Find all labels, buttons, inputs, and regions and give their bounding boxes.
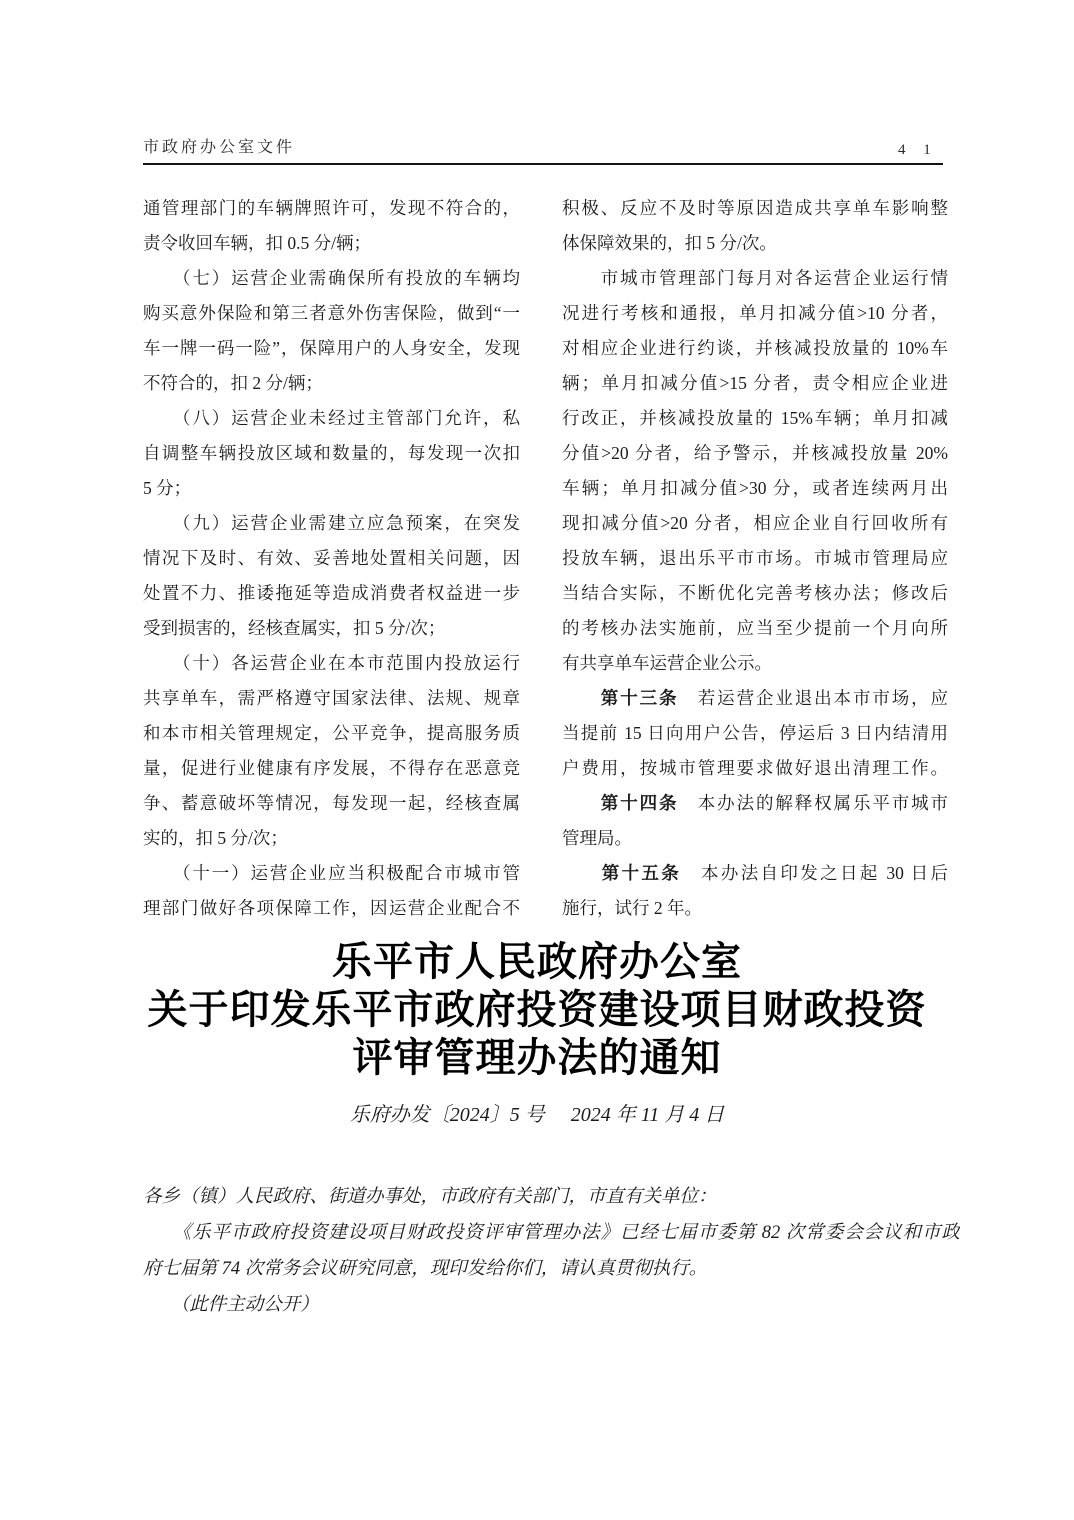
line-text: 况进行考核和通报，单月扣减分值>10 分者， <box>562 303 948 323</box>
line-text: 投放车辆，退出乐平市市场。市城市管理局应 <box>562 548 948 568</box>
line-text: 各乡（镇）人民政府、街道办事处，市政府有关部门，市直有关单位： <box>143 1187 717 1207</box>
text-line: 市城市管理部门每月对各运营企业运行情 <box>562 261 948 296</box>
line-text: （此件主动公开） <box>143 1295 319 1315</box>
text-line: 车一牌一码一险”，保障用户的人身安全，发现 <box>143 331 520 366</box>
text-line: 当结合实际，不断优化完善考核办法；修改后 <box>562 576 948 611</box>
line-text: 对相应企业进行约谈，并核减投放量的 10%车 <box>562 338 948 358</box>
notice-date: 2024 年 11 月 4 日 <box>571 1104 725 1126</box>
header-rule <box>143 163 943 165</box>
line-text: 情况下及时、有效、妥善地处置相关问题，因 <box>143 548 520 568</box>
notice-meta-line: 乐府办发〔2024〕5 号2024 年 11 月 4 日 <box>134 1100 940 1130</box>
header-doc-label: 市政府办公室文件 <box>143 134 295 157</box>
line-text: 辆；单月扣减分值>15 分者，责令相应企业进 <box>562 373 948 393</box>
line-text: 通管理部门的车辆牌照许可，发现不符合的， <box>143 198 520 218</box>
page-number: 4 1 <box>898 142 938 159</box>
text-line: 处置不力、推诿拖延等造成消费者权益进一步 <box>143 576 520 611</box>
line-text: 车一牌一码一险”，保障用户的人身安全，发现 <box>143 338 520 358</box>
text-line: 不符合的，扣 2 分/辆； <box>143 366 520 401</box>
line-text: 有共享单车运营企业公示。 <box>562 653 772 673</box>
line-text: 理部门做好各项保障工作，因运营企业配合不 <box>143 898 520 918</box>
text-line: 第十四条 本办法的解释权属乐平市城市 <box>562 786 948 821</box>
line-text: （九）运营企业需建立应急预案，在突发 <box>143 513 520 533</box>
line-text: 分值>20 分者，给予警示，并核减投放量 20% <box>562 443 948 463</box>
line-text: 《乐平市政府投资建设项目财政投资评审管理办法》已经七届市委第 82 次常委会会议… <box>143 1223 960 1243</box>
document-page: 市政府办公室文件 4 1 通管理部门的车辆牌照许可，发现不符合的，责令收回车辆，… <box>0 0 1074 1520</box>
text-line: （十）各运营企业在本市范围内投放运行 <box>143 646 520 681</box>
text-line: 的考核办法实施前，应当至少提前一个月向所 <box>562 611 948 646</box>
notice-title-line-3: 评审管理办法的通知 <box>134 1034 940 1082</box>
notice-title: 乐平市人民政府办公室 关于印发乐平市政府投资建设项目财政投资 评审管理办法的通知 <box>134 938 940 1082</box>
notice-title-line-2: 关于印发乐平市政府投资建设项目财政投资 <box>134 986 940 1034</box>
line-text: 当结合实际，不断优化完善考核办法；修改后 <box>562 583 948 603</box>
text-line: 对相应企业进行约谈，并核减投放量的 10%车 <box>562 331 948 366</box>
text-line: 当提前 15 日向用户公告，停运后 3 日内结清用 <box>562 716 948 751</box>
body-right-column: 积极、反应不及时等原因造成共享单车影响整体保障效果的，扣 5 分/次。 市城市管… <box>562 191 948 926</box>
article-number: 第十四条 <box>601 793 679 813</box>
line-text: 体保障效果的，扣 5 分/次。 <box>562 233 777 253</box>
text-line: 户费用，按城市管理要求做好退出清理工作。 <box>562 751 948 786</box>
text-line: 共享单车，需严格遵守国家法律、法规、规章 <box>143 681 520 716</box>
body-left-column: 通管理部门的车辆牌照许可，发现不符合的，责令收回车辆，扣 0.5 分/辆； （七… <box>143 191 520 926</box>
text-line: 第十五条 本办法自印发之日起 30 日后 <box>562 856 948 891</box>
text-line: 现扣减分值>20 分者，相应企业自行回收所有 <box>562 506 948 541</box>
line-text: 不符合的，扣 2 分/辆； <box>143 373 323 393</box>
text-line: 车辆；单月扣减分值>30 分，或者连续两月出 <box>562 471 948 506</box>
line-text: 争、蓄意破坏等情况，每发现一起，经核查属 <box>143 793 520 813</box>
line-text: 府七届第 74 次常务会议研究同意，现印发给你们，请认真贯彻执行。 <box>143 1259 707 1279</box>
article-number: 第十五条 <box>602 863 681 883</box>
text-line: 购买意外保险和第三者意外伤害保险，做到“一 <box>143 296 520 331</box>
line-text: 本办法自印发之日起 30 日后 <box>681 863 948 883</box>
text-line: 各乡（镇）人民政府、街道办事处，市政府有关部门，市直有关单位： <box>143 1179 960 1215</box>
line-text: 若运营企业退出本市市场，应 <box>678 688 948 708</box>
text-line: 辆；单月扣减分值>15 分者，责令相应企业进 <box>562 366 948 401</box>
text-line: 施行，试行 2 年。 <box>562 891 948 926</box>
text-line: 分值>20 分者，给予警示，并核减投放量 20% <box>562 436 948 471</box>
text-line: 况进行考核和通报，单月扣减分值>10 分者， <box>562 296 948 331</box>
text-line: 理部门做好各项保障工作，因运营企业配合不 <box>143 891 520 926</box>
line-indent <box>562 863 602 883</box>
text-line: （九）运营企业需建立应急预案，在突发 <box>143 506 520 541</box>
text-line: 实的，扣 5 分/次； <box>143 821 520 856</box>
line-text: （十一）运营企业应当积极配合市城市管 <box>143 863 520 883</box>
text-line: 通管理部门的车辆牌照许可，发现不符合的， <box>143 191 520 226</box>
text-line: 管理局。 <box>562 821 948 856</box>
line-text: （十）各运营企业在本市范围内投放运行 <box>143 653 520 673</box>
text-line: 《乐平市政府投资建设项目财政投资评审管理办法》已经七届市委第 82 次常委会会议… <box>143 1215 960 1251</box>
line-text: 和本市相关管理规定，公平竞争，提高服务质 <box>143 723 520 743</box>
line-text: 责令收回车辆，扣 0.5 分/辆； <box>143 233 371 253</box>
line-text: 车辆；单月扣减分值>30 分，或者连续两月出 <box>562 478 948 498</box>
text-line: 责令收回车辆，扣 0.5 分/辆； <box>143 226 520 261</box>
text-line: （八）运营企业未经过主管部门允许，私 <box>143 401 520 436</box>
text-line: 5 分； <box>143 471 520 506</box>
line-text: 自调整车辆投放区域和数量的，每发现一次扣 <box>143 443 520 463</box>
text-line: 积极、反应不及时等原因造成共享单车影响整 <box>562 191 948 226</box>
line-text: 积极、反应不及时等原因造成共享单车影响整 <box>562 198 948 218</box>
line-text: 施行，试行 2 年。 <box>562 898 702 918</box>
text-line: 府七届第 74 次常务会议研究同意，现印发给你们，请认真贯彻执行。 <box>143 1251 960 1287</box>
text-line: 受到损害的，经核查属实，扣 5 分/次； <box>143 611 520 646</box>
text-line: 投放车辆，退出乐平市市场。市城市管理局应 <box>562 541 948 576</box>
line-text: 购买意外保险和第三者意外伤害保险，做到“一 <box>143 303 520 323</box>
text-line: 情况下及时、有效、妥善地处置相关问题，因 <box>143 541 520 576</box>
line-text: 市城市管理部门每月对各运营企业运行情 <box>562 268 948 288</box>
line-text: （八）运营企业未经过主管部门允许，私 <box>143 408 520 428</box>
text-line: 第十三条 若运营企业退出本市市场，应 <box>562 681 948 716</box>
line-text: 管理局。 <box>562 828 632 848</box>
text-line: （七）运营企业需确保所有投放的车辆均 <box>143 261 520 296</box>
line-text: 共享单车，需严格遵守国家法律、法规、规章 <box>143 688 520 708</box>
line-text: 的考核办法实施前，应当至少提前一个月向所 <box>562 618 948 638</box>
text-line: 和本市相关管理规定，公平竞争，提高服务质 <box>143 716 520 751</box>
line-indent <box>562 793 601 813</box>
line-text: 户费用，按城市管理要求做好退出清理工作。 <box>562 758 948 778</box>
text-line: 体保障效果的，扣 5 分/次。 <box>562 226 948 261</box>
line-text: 实的，扣 5 分/次； <box>143 828 288 848</box>
text-line: （十一）运营企业应当积极配合市城市管 <box>143 856 520 891</box>
text-line: 有共享单车运营企业公示。 <box>562 646 948 681</box>
line-text: 受到损害的，经核查属实，扣 5 分/次； <box>143 618 445 638</box>
line-text: 本办法的解释权属乐平市城市 <box>678 793 948 813</box>
text-line: 行改正，并核减投放量的 15%车辆；单月扣减 <box>562 401 948 436</box>
text-line: （此件主动公开） <box>143 1287 960 1323</box>
notice-body: 各乡（镇）人民政府、街道办事处，市政府有关部门，市直有关单位： 《乐平市政府投资… <box>143 1179 960 1323</box>
text-line: 自调整车辆投放区域和数量的，每发现一次扣 <box>143 436 520 471</box>
line-text: （七）运营企业需确保所有投放的车辆均 <box>143 268 520 288</box>
article-number: 第十三条 <box>601 688 679 708</box>
line-text: 当提前 15 日向用户公告，停运后 3 日内结清用 <box>562 723 948 743</box>
line-indent <box>562 688 601 708</box>
notice-title-line-1: 乐平市人民政府办公室 <box>134 938 940 986</box>
line-text: 量，促进行业健康有序发展，不得存在恶意竞 <box>143 758 520 778</box>
text-line: 争、蓄意破坏等情况，每发现一起，经核查属 <box>143 786 520 821</box>
line-text: 处置不力、推诿拖延等造成消费者权益进一步 <box>143 583 520 603</box>
text-line: 量，促进行业健康有序发展，不得存在恶意竞 <box>143 751 520 786</box>
notice-doc-number: 乐府办发〔2024〕5 号 <box>350 1104 545 1126</box>
line-text: 现扣减分值>20 分者，相应企业自行回收所有 <box>562 513 948 533</box>
line-text: 5 分； <box>143 478 191 498</box>
line-text: 行改正，并核减投放量的 15%车辆；单月扣减 <box>562 408 948 428</box>
